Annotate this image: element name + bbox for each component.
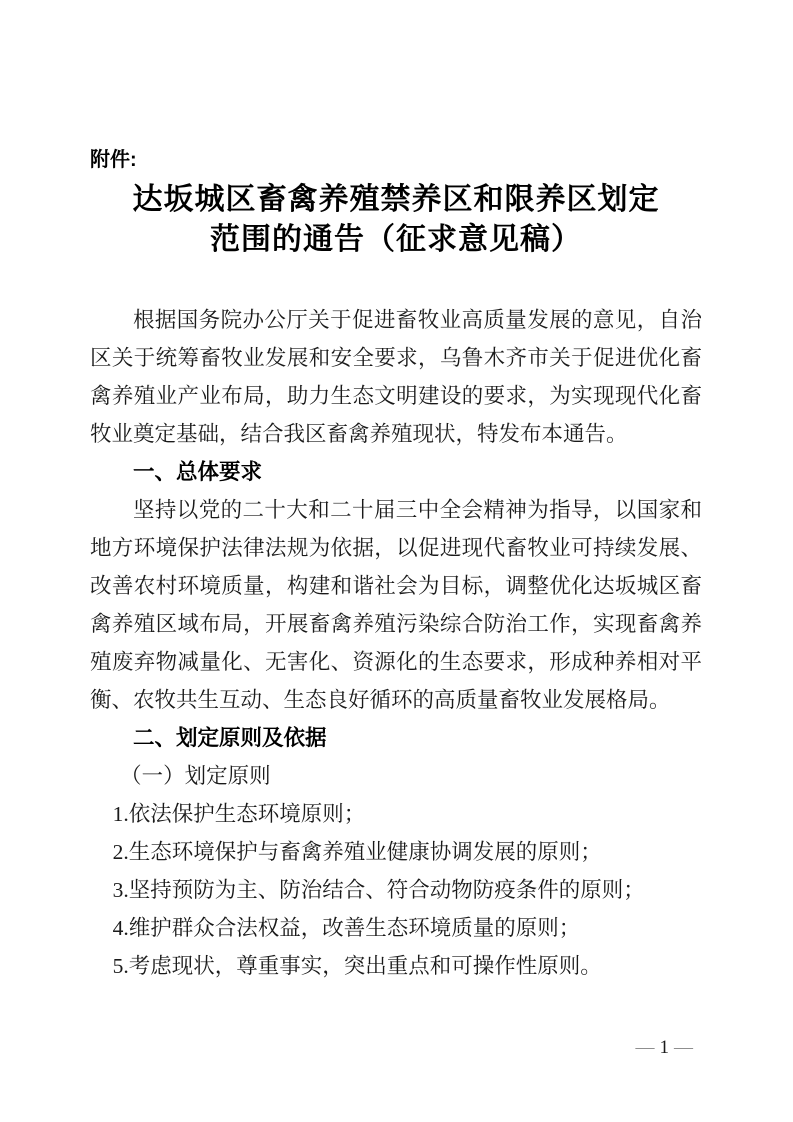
page-footer: —1— [636, 1036, 694, 1060]
document-body: 根据国务院办公厅关于促进畜牧业高质量发展的意见，自治区关于统筹畜牧业发展和安全要… [90, 301, 702, 985]
document-title: 达坂城区畜禽养殖禁养区和限养区划定 范围的通告（征求意见稿） [90, 180, 702, 260]
footer-dash-left: — [636, 1037, 655, 1058]
principle-item-3: 3.坚持预防为主、防治结合、符合动物防疫条件的原则； [90, 871, 702, 909]
principle-item-1: 1.依法保护生态环境原则； [90, 795, 702, 833]
section-2-subsection-heading: （一）划定原则 [90, 757, 702, 795]
principle-item-5: 5.考虑现状，尊重事实，突出重点和可操作性原则。 [90, 947, 702, 985]
document-page: 附件: 达坂城区畜禽养殖禁养区和限养区划定 范围的通告（征求意见稿） 根据国务院… [0, 0, 793, 1122]
document-content: 附件: 达坂城区畜禽养殖禁养区和限养区划定 范围的通告（征求意见稿） 根据国务院… [90, 146, 702, 985]
page-number: 1 [660, 1037, 670, 1058]
document-title-line-1: 达坂城区畜禽养殖禁养区和限养区划定 [90, 180, 702, 220]
principle-item-4: 4.维护群众合法权益，改善生态环境质量的原则； [90, 909, 702, 947]
footer-dash-right: — [674, 1037, 693, 1058]
principle-item-2: 2.生态环境保护与畜禽养殖业健康协调发展的原则； [90, 833, 702, 871]
section-1-paragraph: 坚持以党的二十大和二十届三中全会精神为指导，以国家和地方环境保护法律法规为依据，… [90, 491, 702, 719]
section-1-heading: 一、总体要求 [90, 453, 702, 491]
intro-paragraph: 根据国务院办公厅关于促进畜牧业高质量发展的意见，自治区关于统筹畜牧业发展和安全要… [90, 301, 702, 453]
document-title-line-2: 范围的通告（征求意见稿） [90, 220, 702, 260]
section-2-heading: 二、划定原则及依据 [90, 719, 702, 757]
attachment-label: 附件: [90, 146, 702, 174]
